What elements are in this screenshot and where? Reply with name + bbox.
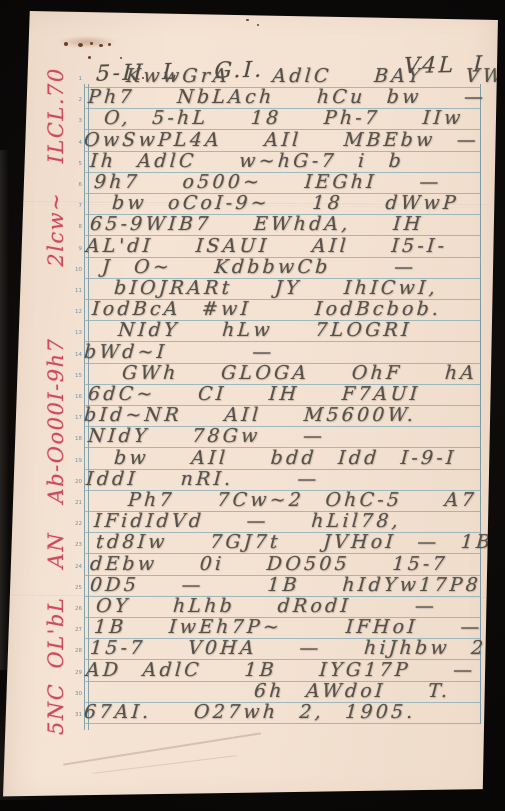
- manuscript-line: 69h7 o500~ IEGhI —: [84, 172, 481, 194]
- handwriting-text: NIdY hLw 7LOGRI: [117, 320, 412, 341]
- manuscript-line: 26OY hLhb dRodI —: [84, 596, 481, 618]
- handwriting-text: 0D5 — 1B hIdYw17P8: [89, 575, 481, 596]
- background-streak: [0, 150, 9, 670]
- manuscript-line: 3O, 5-hL 18 Ph-7 IIw: [84, 108, 481, 130]
- handwriting-text: OY hLhb dRodI —: [95, 596, 437, 617]
- line-number: 18: [68, 429, 82, 450]
- line-number: 5: [68, 154, 82, 175]
- handwriting-text: bw AIl bdd Idd I-9-I O8hW —: [113, 448, 505, 469]
- manuscript-line: 3167AI. O27wh 2, 1905.: [84, 702, 481, 724]
- manuscript-line: 23td8Iw 7GJ7t JVHoI — 1B: [84, 532, 481, 554]
- handwriting-text: Ph7 7Cw~2 OhC-5 A7: [127, 490, 477, 511]
- line-number: 6: [68, 175, 82, 196]
- manuscript-line: 13NIdY hLw 7LOGRI: [84, 320, 481, 342]
- handwriting-text: 9h7 o500~ IEGhI —: [93, 172, 442, 193]
- manuscript-line: 9AL'dI ISAUI AIl I5-I-: [84, 236, 481, 258]
- handwriting-text: O, 5-hL 18 Ph-7 IIw: [103, 108, 464, 129]
- line-number: 22: [68, 514, 82, 535]
- handwriting-text: 67AI. O27wh 2, 1905.: [83, 702, 416, 723]
- line-number: 29: [68, 663, 82, 684]
- manuscript-line: 7bw oCoI-9~ 18 dWwP 18r: [84, 193, 481, 215]
- line-number: 17: [68, 408, 82, 429]
- line-number: 10: [68, 260, 82, 281]
- line-number: 25: [68, 578, 82, 599]
- manuscript-line: 15GWh GLOGA OhF hA: [84, 363, 481, 385]
- manuscript-line: 2Ph7 NbLAch hCu bw —: [84, 87, 481, 109]
- manuscript-line: 5Ih AdlC w~hG-7 i b: [84, 151, 481, 173]
- line-number: 1: [68, 69, 82, 90]
- manuscript-line: 22IFidIdVd — hLil78,: [84, 511, 481, 533]
- line-number: 4: [68, 133, 82, 154]
- manuscript-line: 4OwSwPL4A AIl MBEbw —: [84, 130, 481, 152]
- manuscript-line: 21Ph7 7Cw~2 OhC-5 A7: [84, 490, 481, 512]
- line-number: 19: [68, 451, 82, 472]
- manuscript-page: 5-II L G.I. V4L I — 5NC OL'bL AN Ab-Oo00…: [0, 0, 505, 811]
- ruled-area: 1KwwGrA AdlC BAY VWw.2Ph7 NbLAch hCu bw …: [0, 0, 505, 811]
- manuscript-line: 250D5 — 1B hIdYw17P8: [84, 575, 481, 597]
- line-number: 2: [68, 90, 82, 111]
- handwriting-text: Ph7 NbLAch hCu bw —: [87, 87, 487, 108]
- manuscript-line: 19bw AIl bdd Idd I-9-I O8hW —: [84, 448, 481, 470]
- handwriting-text: 6h AWdoI T.: [253, 681, 451, 702]
- handwriting-text: bWd~I —: [83, 342, 275, 363]
- handwriting-text: 15-7 V0HA — hiJhbw 2: [89, 638, 487, 659]
- line-number: 11: [68, 281, 82, 302]
- handwriting-text: dEbw 0i DO505 15-7 IAE-: [89, 554, 505, 575]
- handwriting-text: IddI nRI. —: [85, 469, 320, 490]
- manuscript-line: 2815-7 V0HA — hiJhbw 2: [84, 638, 481, 660]
- line-number: 31: [68, 705, 82, 726]
- handwriting-text: GWh GLOGA OhF hA: [121, 363, 478, 384]
- manuscript-line: 29AD AdlC 1B IYG17P —: [84, 660, 481, 682]
- manuscript-line: 17bId~NR AIl M5600W.: [84, 405, 481, 427]
- line-number: 7: [68, 196, 82, 217]
- manuscript-line: 11bIOJRARt JY IhICwI,: [84, 278, 481, 300]
- manuscript-line: 166dC~ CI IH F7AUI: [84, 384, 481, 406]
- manuscript-line: 306h AWdoI T.: [84, 681, 481, 703]
- manuscript-line: 12IodBcA #wI IodBcbob.: [84, 299, 481, 321]
- handwriting-text: J O~ KdbbwCb —: [101, 257, 417, 278]
- handwriting-text: bw oCoI-9~ 18 dWwP 18r: [111, 193, 505, 214]
- manuscript-line: 20IddI nRI. —: [84, 469, 481, 491]
- handwriting-text: KwwGrA AdlC BAY VWw.: [125, 66, 505, 87]
- line-number: 16: [68, 387, 82, 408]
- handwriting-text: 65-9WIB7 EWhdA, IH: [89, 214, 424, 235]
- handwriting-text: IFidIdVd — hLil78,: [93, 511, 401, 532]
- line-number: 27: [68, 620, 82, 641]
- line-number: 21: [68, 493, 82, 514]
- handwriting-text: AD AdlC 1B IYG17P —: [85, 660, 476, 681]
- line-number: 14: [68, 345, 82, 366]
- line-number: 24: [68, 557, 82, 578]
- manuscript-line: 18NIdY 78Gw —: [84, 426, 481, 448]
- line-number: 12: [68, 302, 82, 323]
- manuscript-line: 1KwwGrA AdlC BAY VWw.: [84, 66, 481, 88]
- handwriting-text: IodBcA #wI IodBcbob.: [91, 299, 442, 320]
- handwriting-text: bId~NR AIl M5600W.: [83, 405, 417, 426]
- handwriting-text: NIdY 78Gw —: [87, 426, 326, 447]
- photo-background: 5-II L G.I. V4L I — 5NC OL'bL AN Ab-Oo00…: [0, 0, 505, 811]
- handwriting-text: Ih AdlC w~hG-7 i b: [89, 151, 404, 172]
- handwriting-text: 1B IwEh7P~ IFHoI —: [93, 617, 483, 638]
- manuscript-line: 24dEbw 0i DO505 15-7 IAE-: [84, 554, 481, 576]
- line-number: 30: [68, 684, 82, 705]
- line-number: 9: [68, 239, 82, 260]
- line-number: 15: [68, 366, 82, 387]
- manuscript-line: 14bWd~I —: [84, 342, 481, 364]
- line-number: 26: [68, 599, 82, 620]
- line-number: 13: [68, 323, 82, 344]
- line-number: 3: [68, 111, 82, 132]
- handwriting-text: td8Iw 7GJ7t JVHoI — 1B: [95, 532, 494, 553]
- handwriting-text: bIOJRARt JY IhICwI,: [113, 278, 438, 299]
- handwriting-text: AL'dI ISAUI AIl I5-I-: [85, 236, 448, 257]
- manuscript-line: 271B IwEh7P~ IFHoI —: [84, 617, 481, 639]
- handwriting-text: OwSwPL4A AIl MBEbw —: [83, 130, 479, 151]
- manuscript-line: 865-9WIB7 EWhdA, IH: [84, 214, 481, 236]
- manuscript-line: 10J O~ KdbbwCb —: [84, 257, 481, 279]
- line-number: 23: [68, 535, 82, 556]
- line-number: 8: [68, 217, 82, 238]
- line-number: 20: [68, 472, 82, 493]
- handwriting-text: 6dC~ CI IH F7AUI: [87, 384, 421, 405]
- line-number: 28: [68, 641, 82, 662]
